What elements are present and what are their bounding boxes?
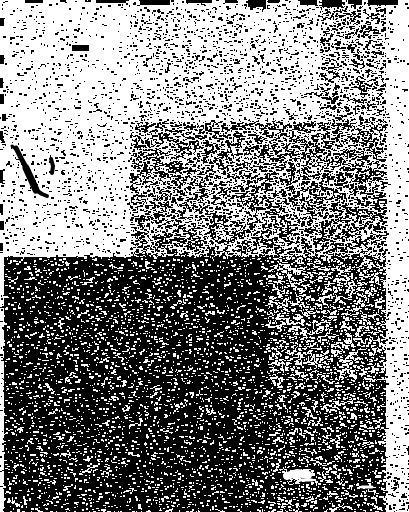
- halftone-dither-canvas: [0, 0, 409, 512]
- scanned-halftone-image: [0, 0, 409, 512]
